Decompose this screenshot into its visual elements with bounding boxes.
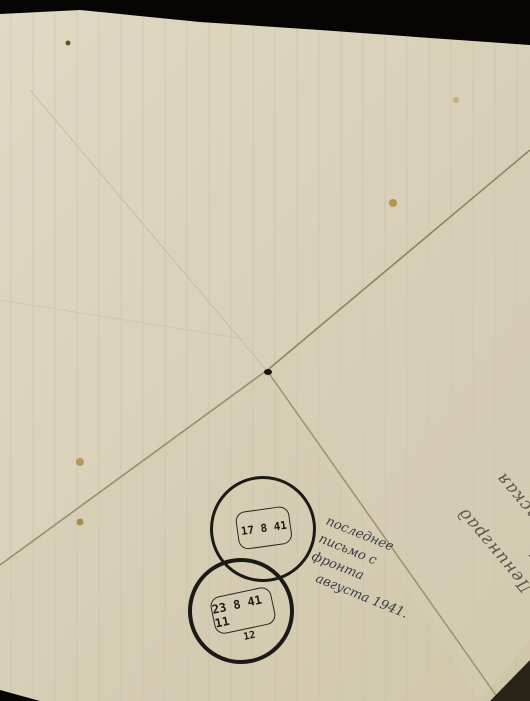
postmark-date: 23 8 41 11 [209,586,278,636]
letter-photo: 17 8 41 23 8 41 11 12 последнее письмо с… [0,0,530,701]
postmark-date: 17 8 41 [234,505,293,550]
postmark-number: 12 [242,630,256,643]
